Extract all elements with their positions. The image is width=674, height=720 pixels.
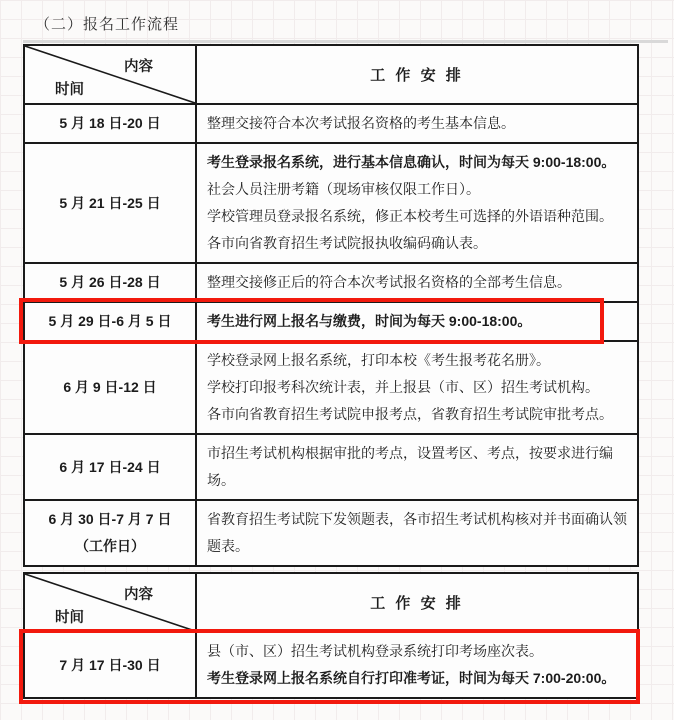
row-task: 考生进行网上报名与缴费，时间为每天 9:00-18:00。 — [207, 308, 631, 335]
work-cell: 考生登录报名系统，进行基本信息确认，时间为每天 9:00-18:00。社会人员注… — [197, 144, 637, 262]
diagonal-line-icon — [25, 574, 195, 631]
date-cell: 7 月 17 日-30 日 — [25, 633, 197, 697]
row-date: 5 月 18 日-20 日 — [59, 110, 160, 137]
table-rows: 5 月 18 日-20 日整理交接符合本次考试报名资格的考生基本信息。5 月 2… — [25, 103, 637, 565]
row-date: 5 月 26 日-28 日 — [59, 269, 160, 296]
work-cell: 县（市、区）招生考试机构登录系统打印考场座次表。考生登录网上报名系统自行打印准考… — [197, 633, 637, 697]
row-task: 整理交接符合本次考试报名资格的考生基本信息。 — [207, 110, 631, 137]
date-cell: 5 月 21 日-25 日 — [25, 144, 197, 262]
date-cell: 6 月 9 日-12 日 — [25, 342, 197, 433]
work-cell: 市招生考试机构根据审批的考点，设置考区、考点，按要求进行编场。 — [197, 435, 637, 499]
row-task: 学校登录网上报名系统，打印本校《考生报考花名册》。 — [207, 347, 631, 374]
work-cell: 省教育招生考试院下发领题表，各市招生考试机构核对并书面确认领题表。 — [197, 501, 637, 565]
row-task: 各市向省教育招生考试院申报考点，省教育招生考试院审批考点。 — [207, 401, 631, 428]
row-task: 社会人员注册考籍（现场审核仅限工作日）。 — [207, 176, 631, 203]
row-date: 6 月 9 日-12 日 — [63, 374, 156, 401]
work-cell: 考生进行网上报名与缴费，时间为每天 9:00-18:00。 — [197, 303, 637, 340]
row-task: 市招生考试机构根据审批的考点，设置考区、考点，按要求进行编场。 — [207, 440, 631, 494]
table-row: 5 月 26 日-28 日整理交接修正后的符合本次考试报名资格的全部考生信息。 — [25, 262, 637, 301]
row-task: 学校管理员登录报名系统，修正本校考生可选择的外语语种范围。 — [207, 203, 631, 230]
row-task: 整理交接修正后的符合本次考试报名资格的全部考生信息。 — [207, 269, 631, 296]
schedule-table-second: 内容 时间 工 作 安 排 7 月 17 日-30 日县（市、区）招生考试机构登… — [23, 572, 639, 699]
diagonal-line-icon — [25, 46, 195, 103]
row-date: 6 月 30 日-7 月 7 日 — [49, 506, 172, 533]
corner-cell: 内容 时间 — [25, 574, 197, 631]
horizontal-rule — [23, 40, 668, 43]
table-row: 6 月 9 日-12 日学校登录网上报名系统，打印本校《考生报考花名册》。学校打… — [25, 340, 637, 433]
row-date: 5 月 21 日-25 日 — [59, 190, 160, 217]
document-page: （二）报名工作流程 内容 时间 工 作 安 排 5 月 18 日-20 日整理交… — [0, 0, 674, 720]
table-row: 5 月 21 日-25 日考生登录报名系统，进行基本信息确认，时间为每天 9:0… — [25, 142, 637, 262]
date-cell: 5 月 18 日-20 日 — [25, 105, 197, 142]
date-cell: 6 月 17 日-24 日 — [25, 435, 197, 499]
table-row: 6 月 30 日-7 月 7 日（工作日）省教育招生考试院下发领题表，各市招生考… — [25, 499, 637, 565]
date-cell: 5 月 29 日-6 月 5 日 — [25, 303, 197, 340]
work-cell: 整理交接修正后的符合本次考试报名资格的全部考生信息。 — [197, 264, 637, 301]
corner-label-time: 时间 — [55, 606, 84, 627]
corner-label-content: 内容 — [124, 583, 153, 604]
corner-label-content: 内容 — [124, 55, 153, 76]
row-task: 县（市、区）招生考试机构登录系统打印考场座次表。 — [207, 638, 631, 665]
row-task: 省教育招生考试院下发领题表，各市招生考试机构核对并书面确认领题表。 — [207, 506, 631, 560]
row-date: 6 月 17 日-24 日 — [59, 454, 160, 481]
date-cell: 5 月 26 日-28 日 — [25, 264, 197, 301]
work-cell: 学校登录网上报名系统，打印本校《考生报考花名册》。学校打印报考科次统计表，并上报… — [197, 342, 637, 433]
table-rows: 7 月 17 日-30 日县（市、区）招生考试机构登录系统打印考场座次表。考生登… — [25, 631, 637, 697]
table-row: 5 月 29 日-6 月 5 日考生进行网上报名与缴费，时间为每天 9:00-1… — [25, 301, 637, 340]
row-task: 考生登录报名系统，进行基本信息确认，时间为每天 9:00-18:00。 — [207, 149, 631, 176]
work-cell: 整理交接符合本次考试报名资格的考生基本信息。 — [197, 105, 637, 142]
section-title: （二）报名工作流程 — [35, 13, 179, 34]
table-header: 内容 时间 工 作 安 排 — [25, 574, 637, 631]
table-row: 5 月 18 日-20 日整理交接符合本次考试报名资格的考生基本信息。 — [25, 103, 637, 142]
corner-cell: 内容 时间 — [25, 46, 197, 103]
corner-label-time: 时间 — [55, 78, 84, 99]
table-row: 7 月 17 日-30 日县（市、区）招生考试机构登录系统打印考场座次表。考生登… — [25, 631, 637, 697]
column-header-work: 工 作 安 排 — [197, 574, 637, 631]
date-cell: 6 月 30 日-7 月 7 日（工作日） — [25, 501, 197, 565]
row-task: 考生登录网上报名系统自行打印准考证，时间为每天 7:00-20:00。 — [207, 665, 631, 692]
row-date: 5 月 29 日-6 月 5 日 — [49, 308, 172, 335]
row-date: （工作日） — [75, 533, 145, 560]
schedule-table-first: 内容 时间 工 作 安 排 5 月 18 日-20 日整理交接符合本次考试报名资… — [23, 44, 639, 567]
table-header: 内容 时间 工 作 安 排 — [25, 46, 637, 103]
row-date: 7 月 17 日-30 日 — [59, 652, 160, 679]
table-row: 6 月 17 日-24 日市招生考试机构根据审批的考点，设置考区、考点，按要求进… — [25, 433, 637, 499]
row-task: 各市向省教育招生考试院报执收编码确认表。 — [207, 230, 631, 257]
row-task: 学校打印报考科次统计表，并上报县（市、区）招生考试机构。 — [207, 374, 631, 401]
column-header-work: 工 作 安 排 — [197, 46, 637, 103]
